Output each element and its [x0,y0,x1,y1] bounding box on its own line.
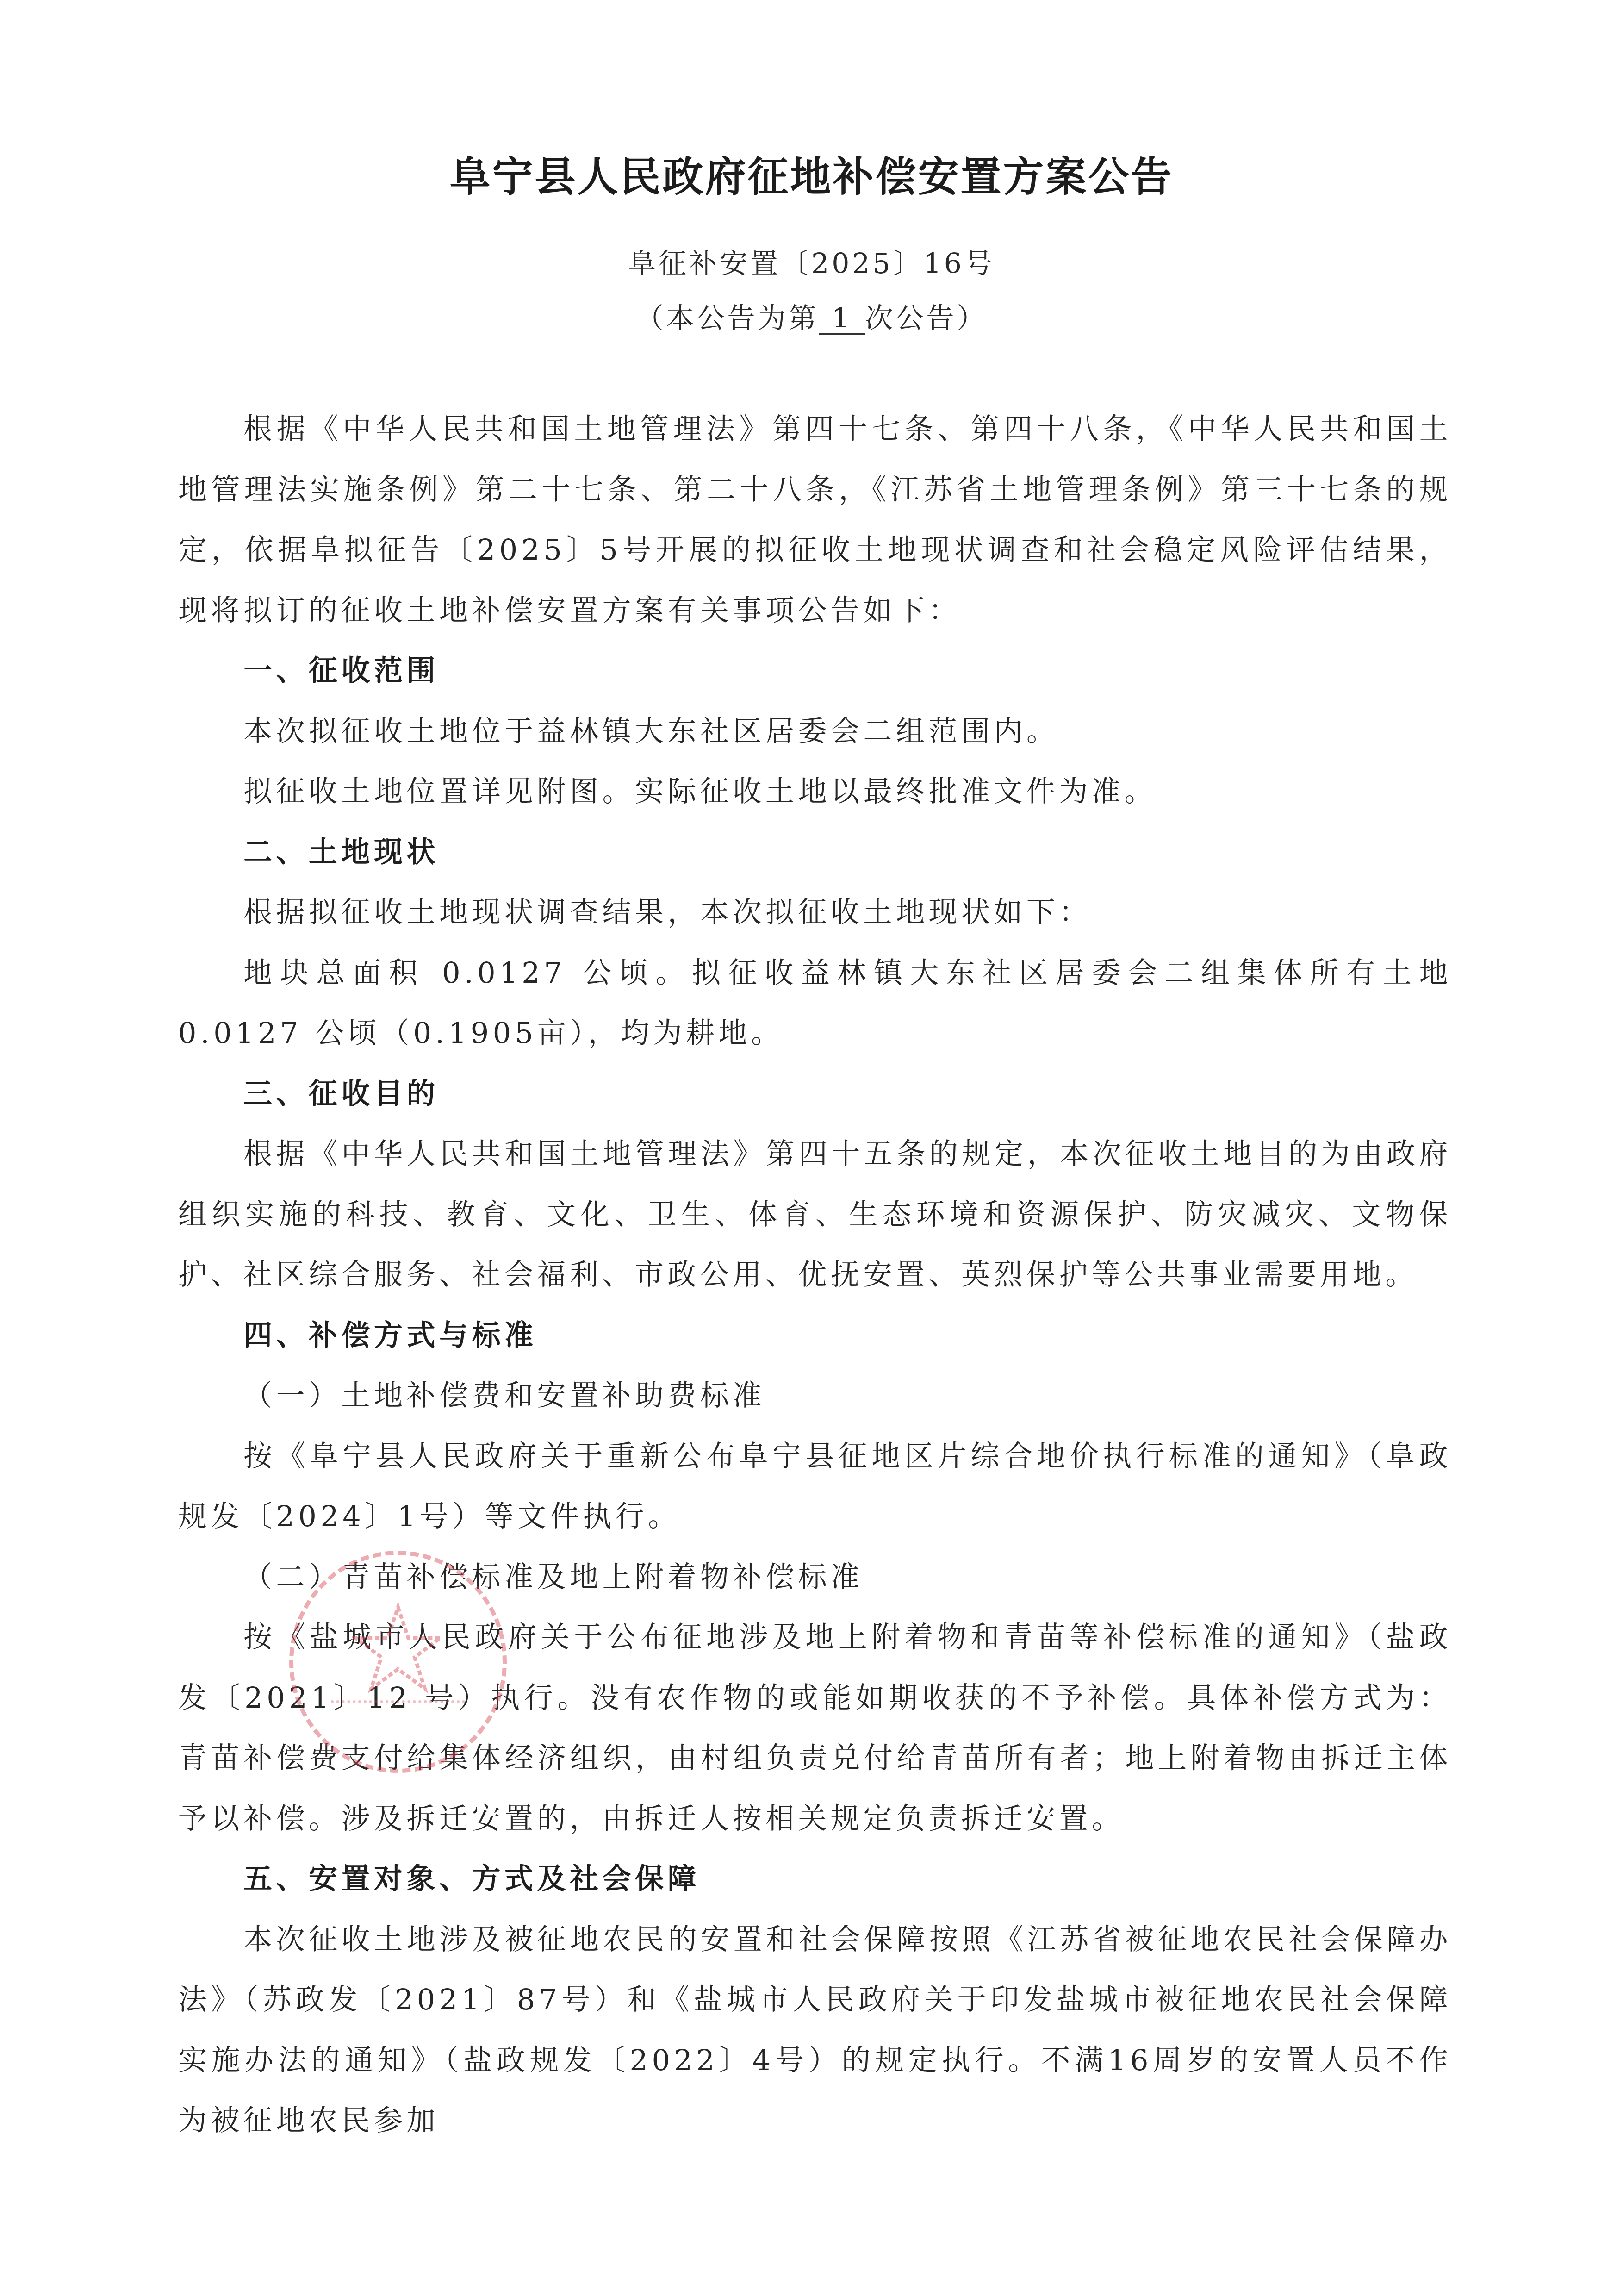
notice-count-suffix: 次公告） [865,302,988,335]
scope-paragraph-map: 拟征收土地位置详见附图。实际征收土地以最终批准文件为准。 [178,761,1452,822]
subheading-crop-compensation: （二）青苗补偿标准及地上附着物补偿标准 [178,1547,1452,1608]
notice-count-prefix: （本公告为第 [636,302,819,335]
document-page: 阜宁县人民政府征地补偿安置方案公告 阜征补安置〔2025〕16号 （本公告为第1… [0,0,1623,2296]
section-heading-land-status: 二、土地现状 [178,822,1452,883]
purpose-paragraph: 根据《中华人民共和国土地管理法》第四十五条的规定，本次征收土地目的为由政府组织实… [178,1124,1452,1305]
crop-compensation-paragraph: 按《盐城市人民政府关于公布征地涉及地上附着物和青苗等补偿标准的通知》（盐政发〔2… [178,1607,1452,1849]
subheading-land-compensation: （一）土地补偿费和安置补助费标准 [178,1366,1452,1426]
intro-paragraph: 根据《中华人民共和国土地管理法》第四十七条、第四十八条，《中华人民共和国土地管理… [178,399,1452,641]
document-title: 阜宁县人民政府征地补偿安置方案公告 [0,156,1623,197]
section-heading-scope: 一、征收范围 [178,641,1452,701]
notice-count: （本公告为第1次公告） [0,305,1623,335]
land-compensation-paragraph: 按《阜宁县人民政府关于重新公布阜宁县征地区片综合地价执行标准的通知》（阜政规发〔… [178,1426,1452,1547]
section-heading-purpose: 三、征收目的 [178,1064,1452,1124]
land-status-intro: 根据拟征收土地现状调查结果，本次拟征收土地现状如下： [178,882,1452,943]
document-body: 根据《中华人民共和国土地管理法》第四十七条、第四十八条，《中华人民共和国土地管理… [178,399,1452,2151]
land-status-area: 地块总面积 0.0127 公顷。拟征收益林镇大东社区居委会二组集体所有土地 0.… [178,943,1452,1064]
scope-paragraph-location: 本次拟征收土地位于益林镇大东社区居委会二组范围内。 [178,701,1452,762]
section-heading-compensation: 四、补偿方式与标准 [178,1305,1452,1366]
notice-count-number: 1 [819,305,865,335]
section-heading-resettlement: 五、安置对象、方式及社会保障 [178,1849,1452,1909]
document-number: 阜征补安置〔2025〕16号 [0,250,1623,278]
resettlement-paragraph: 本次征收土地涉及被征地农民的安置和社会保障按照《江苏省被征地农民社会保障办法》（… [178,1909,1452,2151]
